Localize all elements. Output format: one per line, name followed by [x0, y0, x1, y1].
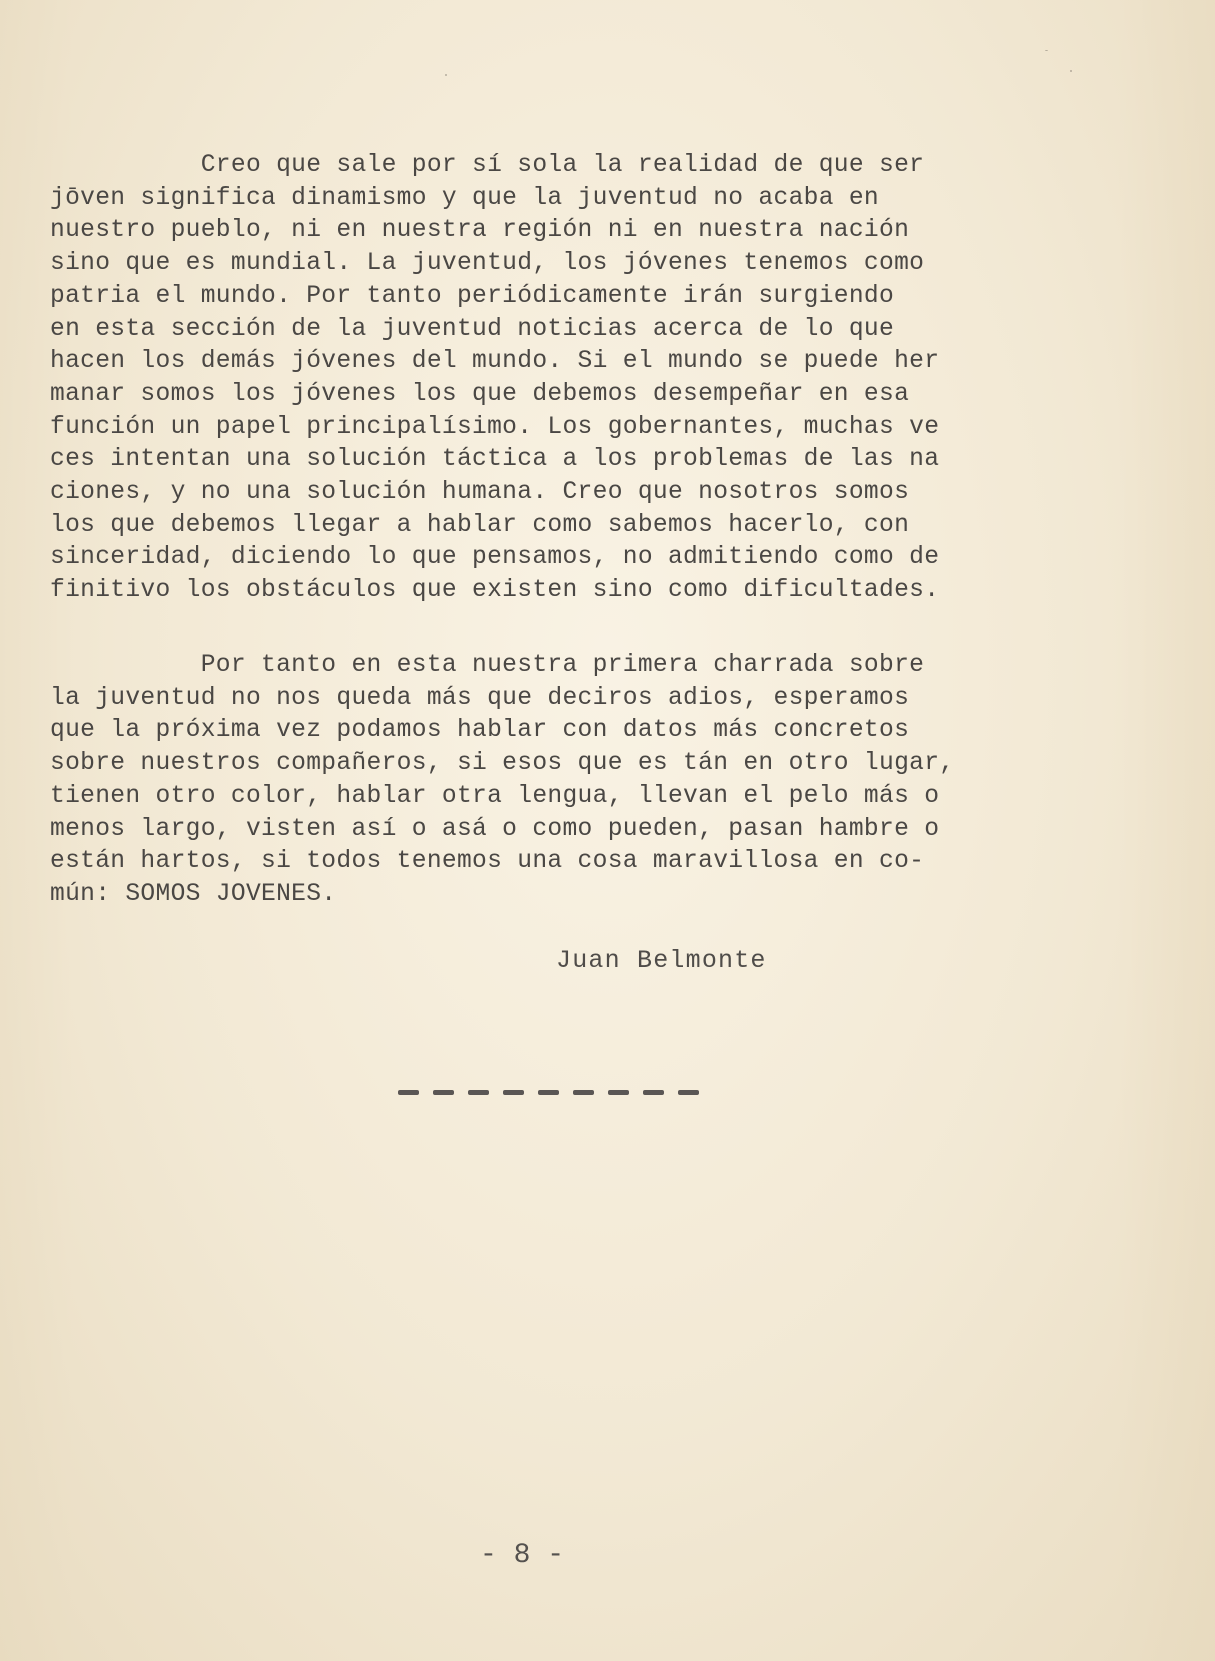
author-signature: Juan Belmonte — [556, 946, 767, 975]
separator-dash — [398, 1090, 419, 1095]
text-line: en esta sección de la juventud noticias … — [50, 314, 894, 343]
text-line: los que debemos llegar a hablar como sab… — [50, 510, 909, 539]
text-line: están hartos, si todos tenemos una cosa … — [50, 846, 924, 875]
page-number: - 8 - — [480, 1540, 564, 1571]
separator-dash — [678, 1090, 699, 1095]
text-line: que la próxima vez podamos hablar con da… — [50, 715, 909, 744]
separator-dash — [433, 1090, 454, 1095]
text-line: Creo que sale por sí sola la realidad de… — [50, 150, 924, 179]
text-line: sobre nuestros compañeros, si esos que e… — [50, 748, 954, 777]
text-line: patria el mundo. Por tanto periódicament… — [50, 281, 894, 310]
text-line: manar somos los jóvenes los que debemos … — [50, 379, 909, 408]
dashed-separator — [398, 1090, 699, 1095]
text-line: tienen otro color, hablar otra lengua, l… — [50, 781, 939, 810]
text-line: sinceridad, diciendo lo que pensamos, no… — [50, 542, 939, 571]
separator-dash — [643, 1090, 664, 1095]
text-line: jōven significa dinamismo y que la juven… — [50, 183, 879, 212]
text-line: nuestro pueblo, ni en nuestra región ni … — [50, 215, 909, 244]
separator-dash — [468, 1090, 489, 1095]
text-line: ces intentan una solución táctica a los … — [50, 444, 939, 473]
separator-dash — [503, 1090, 524, 1095]
text-line: ciones, y no una solución humana. Creo q… — [50, 477, 909, 506]
separator-dash — [538, 1090, 559, 1095]
paper-speck — [1045, 50, 1048, 51]
text-line: sino que es mundial. La juventud, los jó… — [50, 248, 924, 277]
text-line: mún: SOMOS JOVENES. — [50, 879, 336, 908]
separator-dash — [573, 1090, 594, 1095]
text-line: función un papel principalísimo. Los gob… — [50, 412, 939, 441]
paper-speck — [1070, 70, 1072, 72]
text-line: finitivo los obstáculos que existen sino… — [50, 575, 939, 604]
text-line: Por tanto en esta nuestra primera charra… — [50, 650, 924, 679]
separator-dash — [608, 1090, 629, 1095]
text-line: hacen los demás jóvenes del mundo. Si el… — [50, 346, 939, 375]
text-line: la juventud no nos queda más que deciros… — [50, 683, 909, 712]
text-line: menos largo, visten así o asá o como pue… — [50, 814, 939, 843]
paper-speck — [445, 74, 447, 76]
